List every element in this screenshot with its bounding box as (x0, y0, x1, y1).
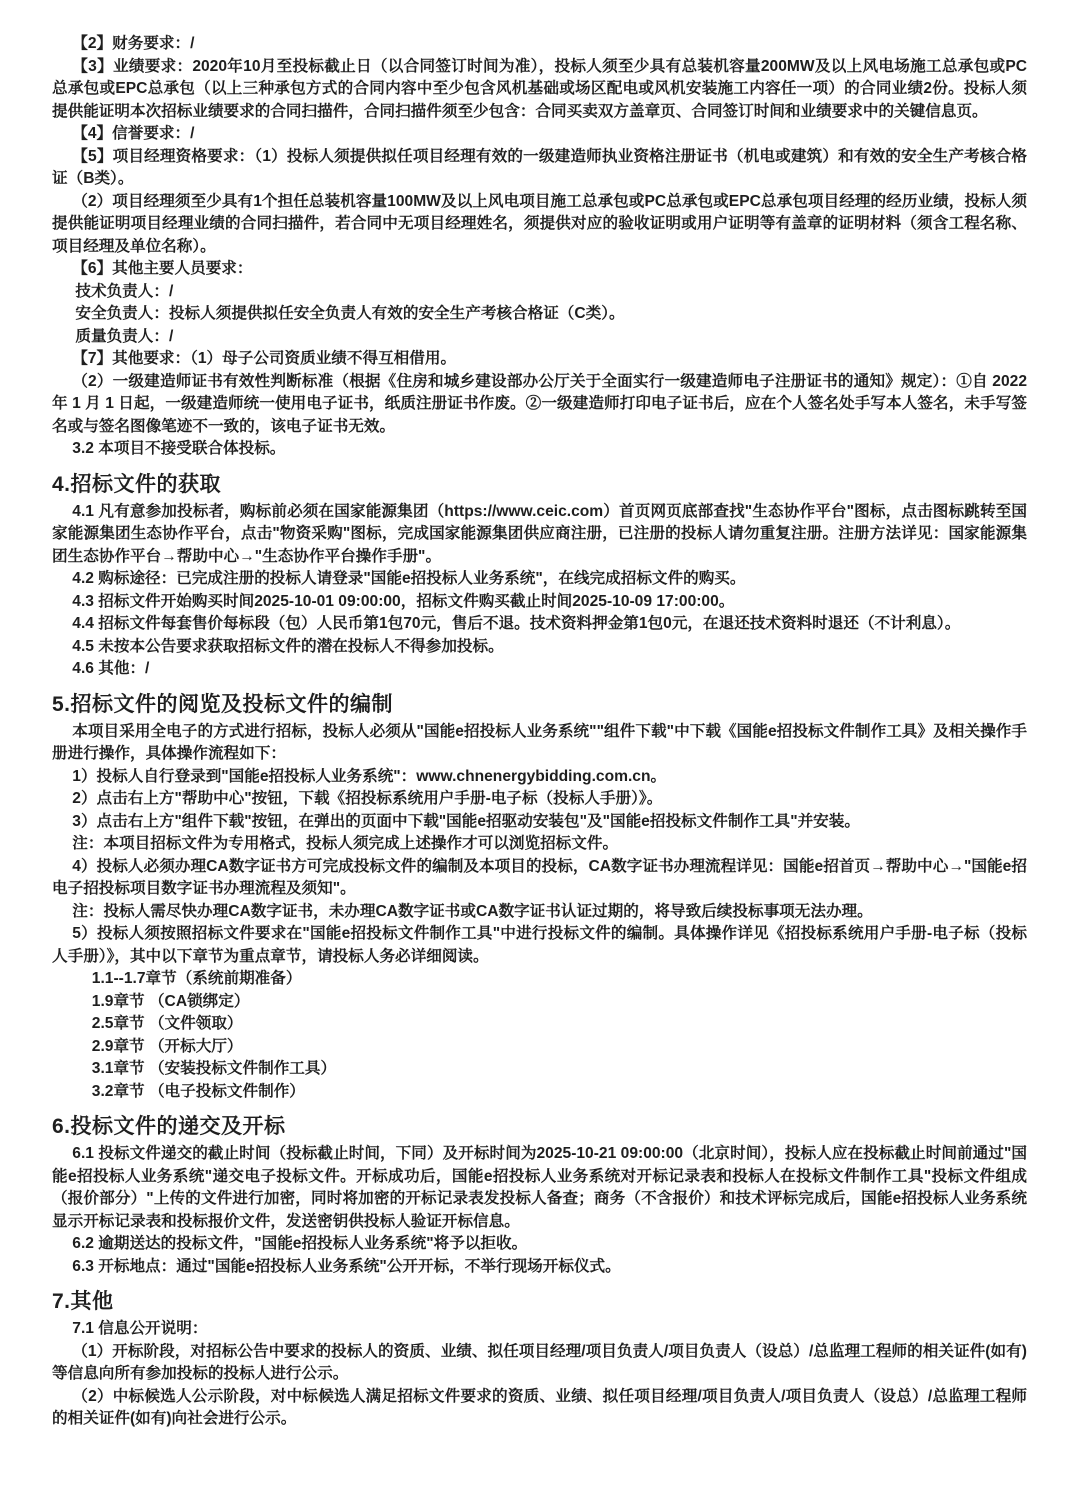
para-quality-lead: 质量负责人：/ (52, 326, 1027, 349)
chapter-item-3-2: 3.2章节 （电子投标文件制作） (52, 1081, 1027, 1104)
para-performance-requirements: 【3】业绩要求：2020年10月至投标截止日（以合同签订时间为准），投标人须至少… (52, 56, 1027, 124)
heading-section-7: 7.其他 (52, 1288, 1027, 1316)
para-5-step-1: 1）投标人自行登录到"国能e招投标人业务系统"：www.chnenergybid… (52, 766, 1027, 789)
para-technical-lead: 技术负责人：/ (52, 281, 1027, 304)
para-reputation-requirements: 【4】信誉要求：/ (52, 123, 1027, 146)
para-other-requirements-1: 【7】其他要求：（1）母子公司资质业绩不得互相借用。 (52, 348, 1027, 371)
para-5-step-4: 4）投标人必须办理CA数字证书方可完成投标文件的编制及本项目的投标，CA数字证书… (52, 856, 1027, 901)
para-safety-lead: 安全负责人：投标人须提供拟任安全负责人有效的安全生产考核合格证（C类）。 (52, 303, 1027, 326)
para-no-consortium: 3.2 本项目不接受联合体投标。 (52, 438, 1027, 461)
para-4-1: 4.1 凡有意参加投标者，购标前必须在国家能源集团（https://www.ce… (52, 501, 1027, 569)
para-pm-qualification-1: 【5】项目经理资格要求：（1）投标人须提供拟任项目经理有效的一级建造师执业资格注… (52, 146, 1027, 191)
para-5-step-3: 3）点击右上方"组件下载"按钮，在弹出的页面中下载"国能e招驱动安装包"及"国能… (52, 811, 1027, 834)
para-4-6: 4.6 其他：/ (52, 658, 1027, 681)
para-pm-qualification-2: （2）项目经理须至少具有1个担任总装机容量100MW及以上风电项目施工总承包或P… (52, 191, 1027, 259)
para-4-5: 4.5 未按本公告要求获取招标文件的潜在投标人不得参加投标。 (52, 636, 1027, 659)
para-6-3: 6.3 开标地点：通过"国能e招投标人业务系统"公开开标，不举行现场开标仪式。 (52, 1256, 1027, 1279)
para-6-1: 6.1 投标文件递交的截止时间（投标截止时间，下同）及开标时间为2025-10-… (52, 1143, 1027, 1233)
para-5-note-1: 注：本项目招标文件为专用格式，投标人须完成上述操作才可以浏览招标文件。 (52, 833, 1027, 856)
para-other-key-staff: 【6】其他主要人员要求： (52, 258, 1027, 281)
chapter-item-2-9: 2.9章节 （开标大厅） (52, 1036, 1027, 1059)
chapter-item-1-1: 1.1--1.7章节（系统前期准备） (52, 968, 1027, 991)
para-7-1-2: （2）中标候选人公示阶段，对中标候选人满足招标文件要求的资质、业绩、拟任项目经理… (52, 1386, 1027, 1431)
chapter-item-2-5: 2.5章节 （文件领取） (52, 1013, 1027, 1036)
tender-notice-page: 【2】财务要求：/ 【3】业绩要求：2020年10月至投标截止日（以合同签订时间… (0, 0, 1080, 1497)
para-5-intro: 本项目采用全电子的方式进行招标，投标人必须从"国能e招投标人业务系统""组件下载… (52, 721, 1027, 766)
para-4-2: 4.2 购标途径：已完成注册的投标人请登录"国能e招投标人业务系统"，在线完成招… (52, 568, 1027, 591)
para-4-3: 4.3 招标文件开始购买时间2025-10-01 09:00:00，招标文件购买… (52, 591, 1027, 614)
heading-section-4: 4.招标文件的获取 (52, 471, 1027, 499)
heading-section-6: 6.投标文件的递交及开标 (52, 1113, 1027, 1141)
para-other-requirements-2: （2）一级建造师证书有效性判断标准（根据《住房和城乡建设部办公厅关于全面实行一级… (52, 371, 1027, 439)
para-5-step-5: 5）投标人须按照招标文件要求在"国能e招投标文件制作工具"中进行投标文件的编制。… (52, 923, 1027, 968)
para-financial-requirements: 【2】财务要求：/ (52, 33, 1027, 56)
chapter-item-1-9: 1.9章节 （CA锁绑定） (52, 991, 1027, 1014)
para-5-note-2: 注：投标人需尽快办理CA数字证书，未办理CA数字证书或CA数字证书认证过期的，将… (52, 901, 1027, 924)
chapter-item-3-1: 3.1章节 （安装投标文件制作工具） (52, 1058, 1027, 1081)
heading-section-5: 5.招标文件的阅览及投标文件的编制 (52, 691, 1027, 719)
para-6-2: 6.2 逾期送达的投标文件，"国能e招投标人业务系统"将予以拒收。 (52, 1233, 1027, 1256)
para-5-step-2: 2）点击右上方"帮助中心"按钮，下载《招投标系统用户手册-电子标（投标人手册）》… (52, 788, 1027, 811)
para-7-1-1: （1）开标阶段，对招标公告中要求的投标人的资质、业绩、拟任项目经理/项目负责人/… (52, 1341, 1027, 1386)
para-7-1: 7.1 信息公开说明： (52, 1318, 1027, 1341)
para-4-4: 4.4 招标文件每套售价每标段（包）人民币第1包70元，售后不退。技术资料押金第… (52, 613, 1027, 636)
